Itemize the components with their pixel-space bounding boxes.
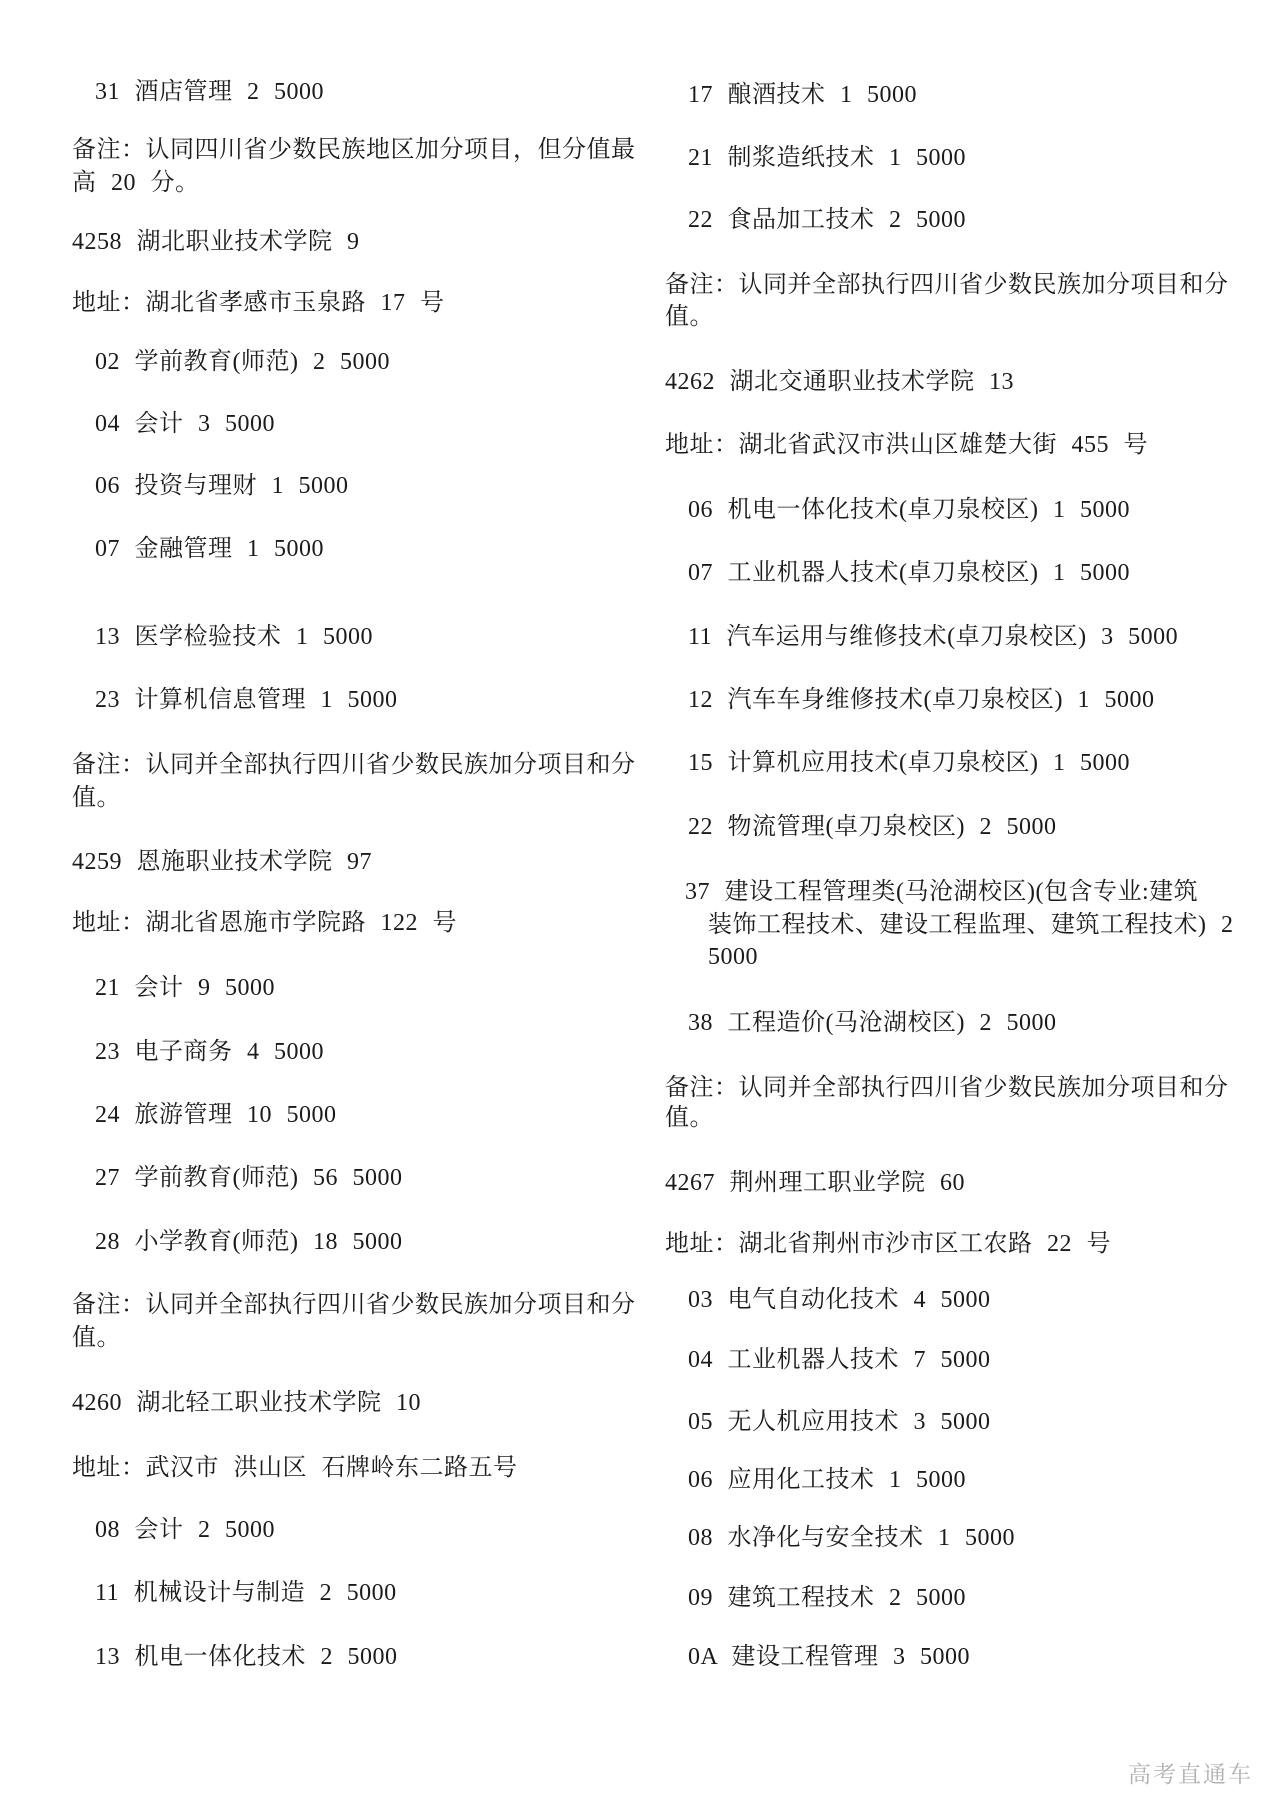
major-line: 22 食品加工技术 2 5000: [688, 203, 966, 237]
note-line: 值。: [72, 1321, 121, 1355]
major-line: 11 汽车运用与维修技术(卓刀泉校区) 3 5000: [688, 620, 1178, 654]
major-line: 02 学前教育(师范) 2 5000: [95, 345, 390, 379]
document-page: 31 酒店管理 2 5000 备注：认同四川省少数民族地区加分项目，但分值最 高…: [0, 0, 1280, 1810]
major-line: 09 建筑工程技术 2 5000: [688, 1581, 966, 1615]
major-line: 31 酒店管理 2 5000: [95, 75, 324, 109]
major-line: 12 汽车车身维修技术(卓刀泉校区) 1 5000: [688, 683, 1154, 717]
major-line: 03 电气自动化技术 4 5000: [688, 1283, 991, 1317]
college-line: 4259 恩施职业技术学院 97: [72, 845, 372, 879]
note-line: 备注：认同并全部执行四川省少数民族加分项目和分: [72, 1288, 636, 1322]
college-line: 4258 湖北职业技术学院 9: [72, 225, 360, 259]
major-line: 08 水净化与安全技术 1 5000: [688, 1521, 1015, 1555]
major-line: 07 工业机器人技术(卓刀泉校区) 1 5000: [688, 556, 1130, 590]
major-line: 23 计算机信息管理 1 5000: [95, 683, 398, 717]
major-line: 04 会计 3 5000: [95, 407, 275, 441]
address-line: 地址：湖北省荆州市沙市区工农路 22 号: [665, 1227, 1111, 1261]
address-line: 地址：湖北省武汉市洪山区雄楚大街 455 号: [665, 428, 1148, 462]
major-line: 37 建设工程管理类(马沧湖校区)(包含专业:建筑: [685, 875, 1198, 909]
note-line: 备注：认同并全部执行四川省少数民族加分项目和分: [72, 748, 636, 782]
major-line: 13 医学检验技术 1 5000: [95, 620, 373, 654]
watermark: 高考直通车: [1128, 1756, 1253, 1789]
major-line: 21 制浆造纸技术 1 5000: [688, 141, 966, 175]
major-line: 08 会计 2 5000: [95, 1513, 275, 1547]
major-line: 04 工业机器人技术 7 5000: [688, 1343, 991, 1377]
major-line: 06 投资与理财 1 5000: [95, 469, 349, 503]
major-line: 21 会计 9 5000: [95, 971, 275, 1005]
address-line: 地址：湖北省孝感市玉泉路 17 号: [72, 286, 445, 320]
address-line: 地址：湖北省恩施市学院路 122 号: [72, 906, 457, 940]
major-line: 05 无人机应用技术 3 5000: [688, 1405, 991, 1439]
college-line: 4260 湖北轻工职业技术学院 10: [72, 1386, 421, 1420]
major-line: 28 小学教育(师范) 18 5000: [95, 1225, 402, 1259]
major-line: 22 物流管理(卓刀泉校区) 2 5000: [688, 810, 1056, 844]
major-line: 11 机械设计与制造 2 5000: [95, 1576, 397, 1610]
note-line: 备注：认同并全部执行四川省少数民族加分项目和分: [665, 268, 1229, 302]
note-line: 值。: [72, 781, 121, 815]
major-wrap-line: 装饰工程技术、建设工程监理、建筑工程技术) 2: [708, 908, 1234, 942]
major-line: 15 计算机应用技术(卓刀泉校区) 1 5000: [688, 746, 1130, 780]
major-line: 38 工程造价(马沧湖校区) 2 5000: [688, 1006, 1056, 1040]
major-line: 06 应用化工技术 1 5000: [688, 1463, 966, 1497]
note-line: 备注：认同并全部执行四川省少数民族加分项目和分: [665, 1071, 1229, 1105]
note-line: 值。: [665, 300, 714, 334]
college-line: 4262 湖北交通职业技术学院 13: [665, 365, 1014, 399]
major-line: 17 酿酒技术 1 5000: [688, 78, 917, 112]
major-line: 0A 建设工程管理 3 5000: [688, 1640, 970, 1674]
major-line: 27 学前教育(师范) 56 5000: [95, 1161, 402, 1195]
major-wrap-line: 5000: [708, 940, 758, 974]
major-line: 24 旅游管理 10 5000: [95, 1098, 337, 1132]
note-line: 备注：认同四川省少数民族地区加分项目，但分值最: [72, 133, 636, 167]
college-line: 4267 荆州理工职业学院 60: [665, 1166, 965, 1200]
major-line: 13 机电一体化技术 2 5000: [95, 1640, 398, 1674]
major-line: 07 金融管理 1 5000: [95, 532, 324, 566]
note-line: 高 20 分。: [72, 166, 200, 200]
major-line: 23 电子商务 4 5000: [95, 1035, 324, 1069]
major-line: 06 机电一体化技术(卓刀泉校区) 1 5000: [688, 493, 1130, 527]
address-line: 地址：武汉市 洪山区 石牌岭东二路五号: [72, 1451, 518, 1485]
note-line: 值。: [665, 1101, 714, 1135]
